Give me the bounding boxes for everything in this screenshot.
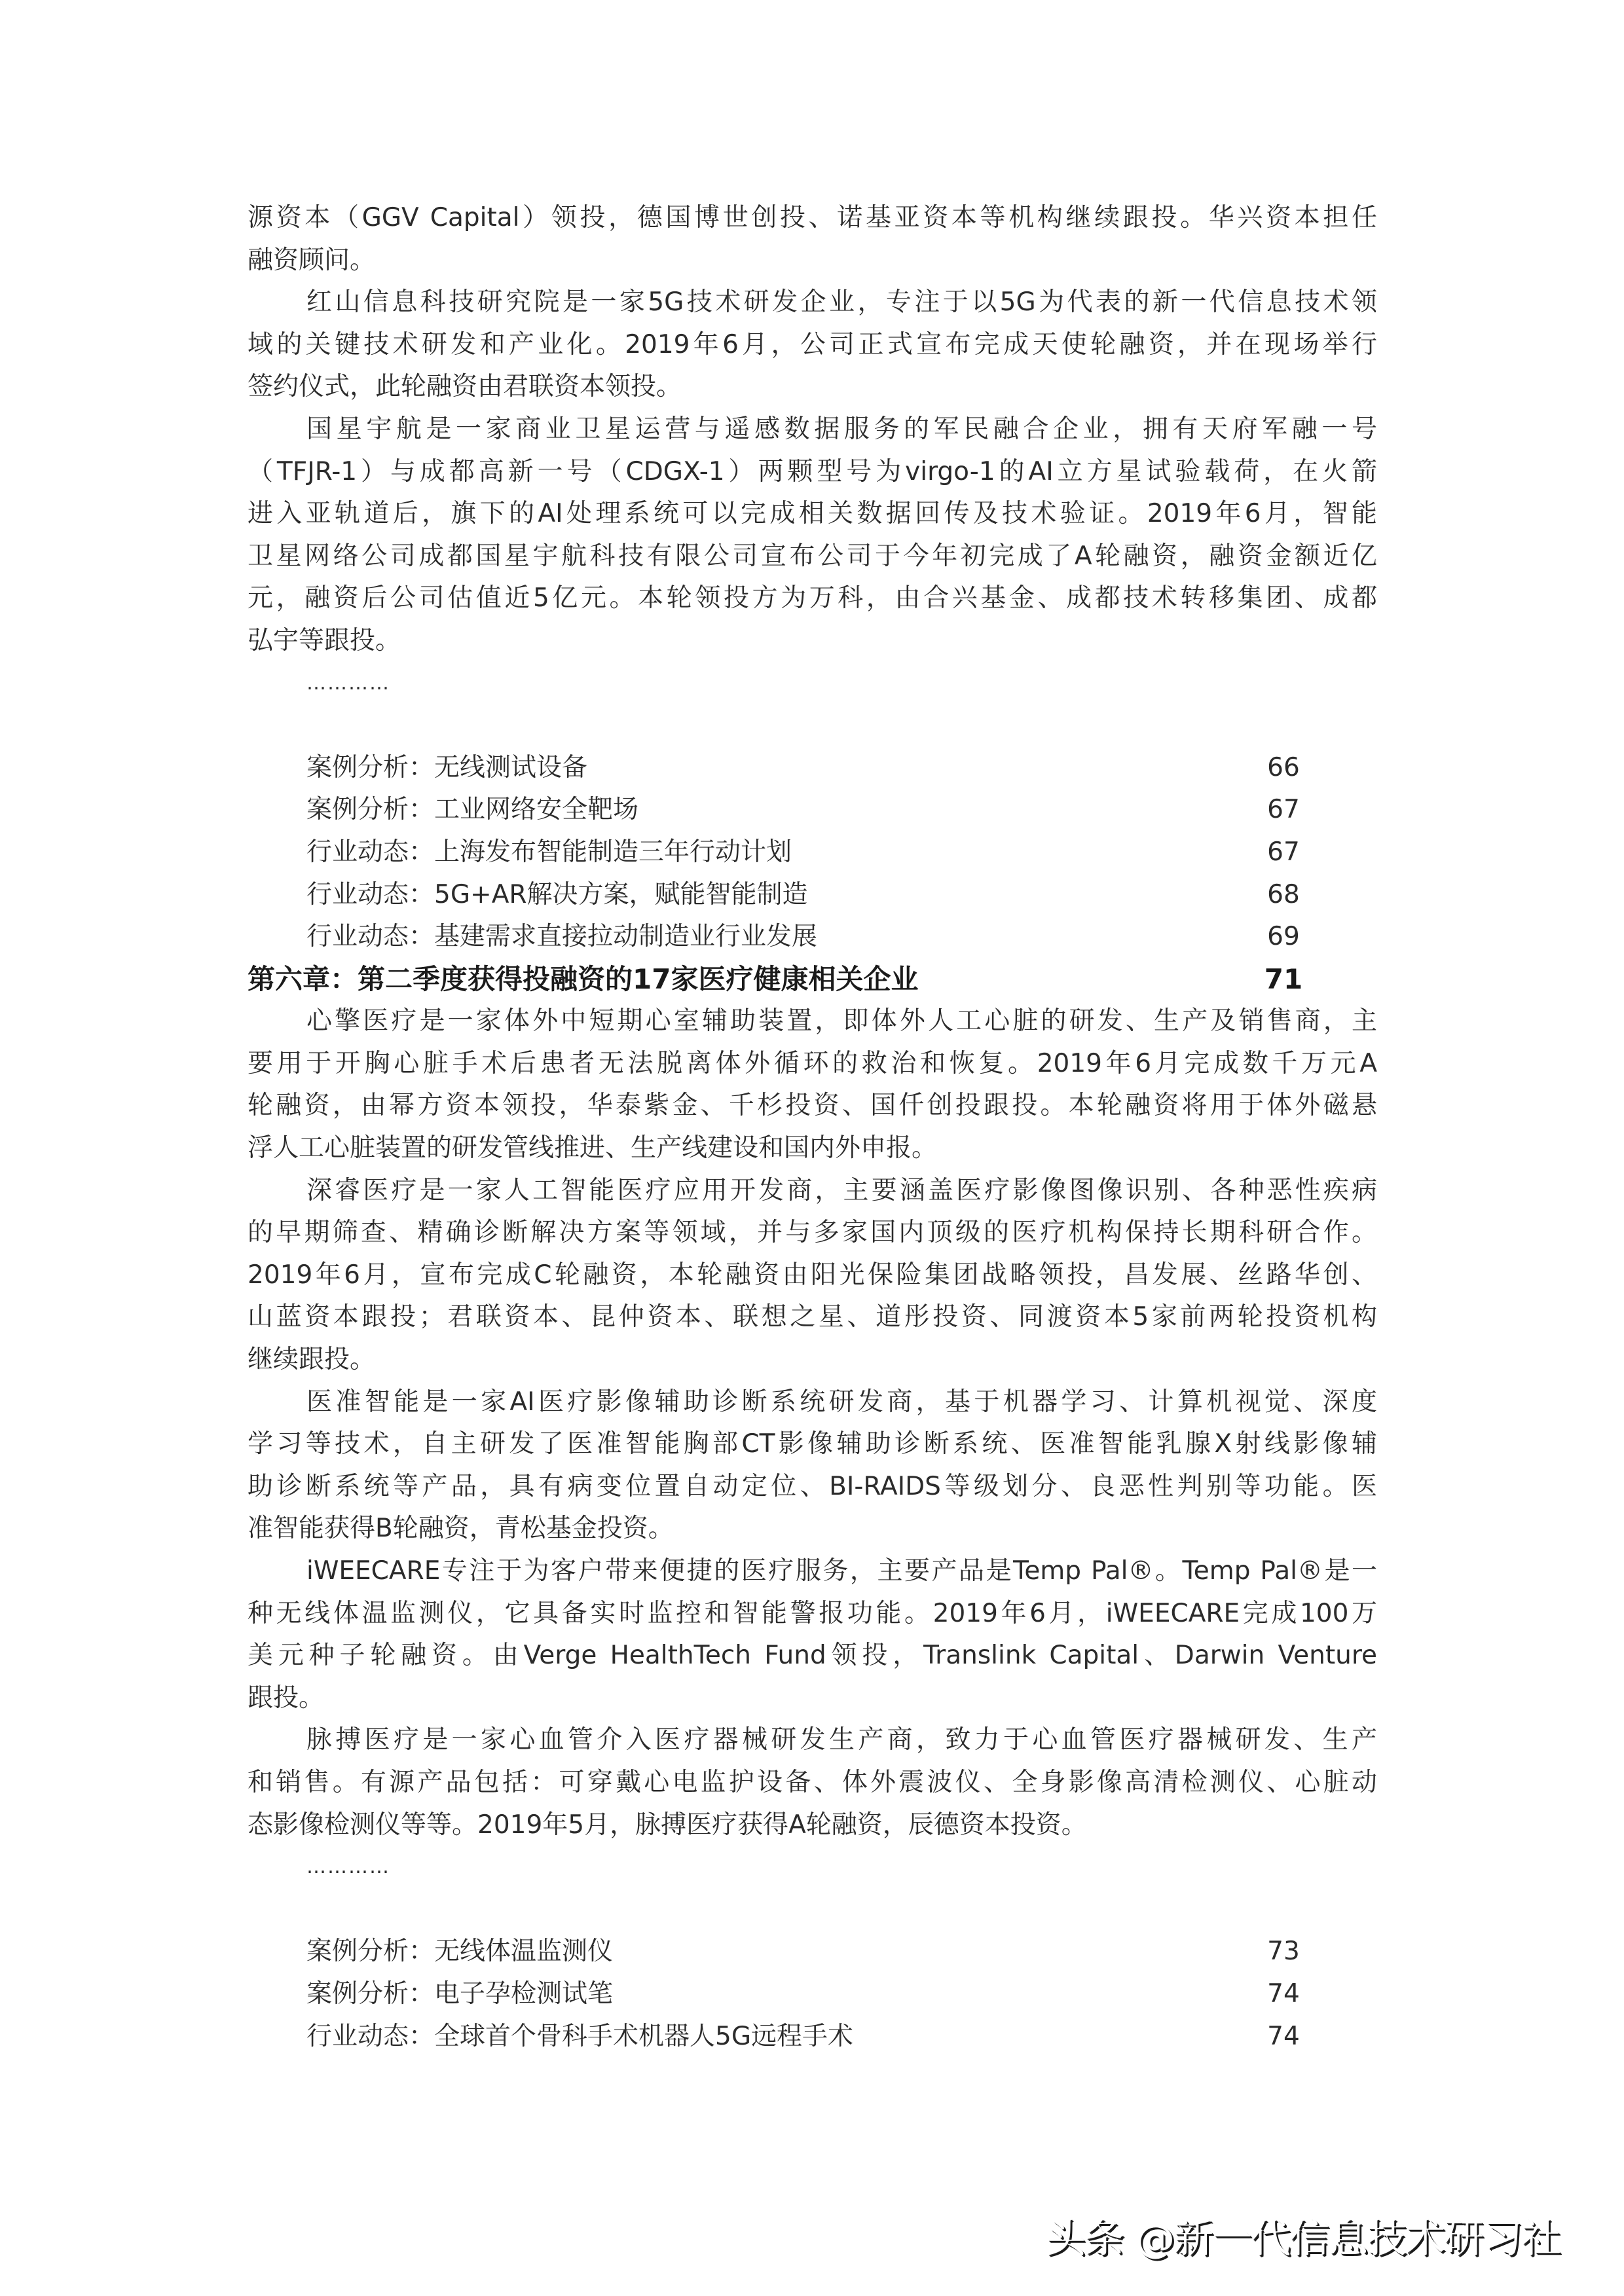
toc-entry[interactable]: 案例分析：无线体温监测仪 73: [248, 1931, 1377, 1973]
chapter-heading[interactable]: 第六章：第二季度获得投融资的17家医疗健康相关企业 71: [248, 958, 1377, 1001]
toc-page-number: 68: [1264, 874, 1303, 917]
text-line: 医准智能是一家AI医疗影像辅助诊断系统研发商，基于机器学习、计算机视觉、深度: [248, 1381, 1377, 1424]
toc-page-number: 67: [1264, 831, 1303, 874]
toc-entry[interactable]: 行业动态：5G+AR解决方案，赋能智能制造 68: [248, 874, 1377, 917]
toc-page-number: 73: [1264, 1931, 1303, 1973]
blank-line: [248, 704, 1377, 747]
text-line: 的早期筛查、精确诊断解决方案等领域，并与多家国内顶级的医疗机构保持长期科研合作。: [248, 1212, 1377, 1254]
toc-entry[interactable]: 案例分析：电子孕检测试笔 74: [248, 1973, 1377, 2016]
text-line: 继续跟投。: [248, 1339, 1377, 1381]
toc-entry-label: 行业动态：基建需求直接拉动制造业行业发展: [306, 922, 817, 951]
text-line: 山蓝资本跟投；君联资本、昆仲资本、联想之星、道彤投资、同渡资本5家前两轮投资机构: [248, 1296, 1377, 1339]
toc-entry-label: 案例分析：电子孕检测试笔: [306, 1979, 613, 2009]
toc-entry-label: 案例分析：无线体温监测仪: [306, 1937, 613, 1966]
paragraph-xinqing: 心擎医疗是一家体外中短期心室辅助装置，即体外人工心脏的研发、生产及销售商，主 要…: [248, 1000, 1377, 1169]
text-line: 融资顾问。: [248, 240, 1377, 282]
text-line: 国星宇航是一家商业卫星运营与遥感数据服务的军民融合企业，拥有天府军融一号: [248, 409, 1377, 451]
toc-page-number: 74: [1264, 1973, 1303, 2016]
text-line: 美元种子轮融资。由Verge HealthTech Fund领投，Transli…: [248, 1635, 1377, 1677]
paragraph-maibo: 脉搏医疗是一家心血管介入医疗器械研发生产商，致力于心血管医疗器械研发、生产 和销…: [248, 1719, 1377, 1846]
text-line: 脉搏医疗是一家心血管介入医疗器械研发生产商，致力于心血管医疗器械研发、生产: [248, 1719, 1377, 1762]
text-line: 态影像检测仪等等。2019年5月，脉搏医疗获得A轮融资，辰德资本投资。: [248, 1804, 1377, 1847]
text-line: 准智能获得B轮融资，青松基金投资。: [248, 1508, 1377, 1550]
text-line: （TFJR-1）与成都高新一号（CDGX-1）两颗型号为virgo-1的AI立方…: [248, 451, 1377, 494]
text-line: 2019年6月，宣布完成C轮融资，本轮融资由阳光保险集团战略领投，昌发展、丝路华…: [248, 1254, 1377, 1297]
text-line: 种无线体温监测仪，它具备实时监控和智能警报功能。2019年6月，iWEECARE…: [248, 1593, 1377, 1635]
text-line: 跟投。: [248, 1677, 1377, 1720]
chapter-page-number: 71: [1264, 958, 1303, 1001]
paragraph-yizhun: 医准智能是一家AI医疗影像辅助诊断系统研发商，基于机器学习、计算机视觉、深度 学…: [248, 1381, 1377, 1550]
text-line: iWEECARE专注于为客户带来便捷的医疗服务，主要产品是Temp Pal®。T…: [248, 1550, 1377, 1593]
text-line: 元，融资后公司估值近5亿元。本轮领投方为万科，由合兴基金、成都技术转移集团、成都: [248, 577, 1377, 620]
text-line: 和销售。有源产品包括：可穿戴心电监护设备、体外震波仪、全身影像高清检测仪、心脏动: [248, 1762, 1377, 1804]
toc-page-number: 66: [1264, 747, 1303, 790]
document-page: 源资本（GGV Capital）领投，德国博世创投、诺基亚资本等机构继续跟投。华…: [248, 197, 1377, 2058]
paragraph-ggv-continuation: 源资本（GGV Capital）领投，德国博世创投、诺基亚资本等机构继续跟投。华…: [248, 197, 1377, 282]
ellipsis: …………: [248, 1846, 1377, 1889]
paragraph-shenrui: 深睿医疗是一家人工智能医疗应用开发商，主要涵盖医疗影像图像识别、各种恶性疾病 的…: [248, 1170, 1377, 1381]
text-line: 红山信息科技研究院是一家5G技术研发企业，专注于以5G为代表的新一代信息技术领: [248, 282, 1377, 324]
text-line: 源资本（GGV Capital）领投，德国博世创投、诺基亚资本等机构继续跟投。华…: [248, 197, 1377, 240]
toc-page-number: 69: [1264, 916, 1303, 958]
text-line: 弘宇等跟投。: [248, 620, 1377, 663]
text-line: 卫星网络公司成都国星宇航科技有限公司宣布公司于今年初完成了A轮融资，融资金额近亿: [248, 536, 1377, 578]
blank-line: [248, 1889, 1377, 1931]
paragraph-hongshan: 红山信息科技研究院是一家5G技术研发企业，专注于以5G为代表的新一代信息技术领 …: [248, 282, 1377, 409]
toc-entry-label: 案例分析：工业网络安全靶场: [306, 795, 638, 824]
toc-page-number: 74: [1264, 2016, 1303, 2058]
ellipsis: …………: [248, 663, 1377, 705]
text-line: 域的关键技术研发和产业化。2019年6月，公司正式宣布完成天使轮融资，并在现场举…: [248, 324, 1377, 367]
toc-section-2: 案例分析：无线体温监测仪 73 案例分析：电子孕检测试笔 74 行业动态：全球首…: [248, 1931, 1377, 2058]
text-line: 要用于开胸心脏手术后患者无法脱离体外循环的救治和恢复。2019年6月完成数千万元…: [248, 1043, 1377, 1085]
toc-section-1: 案例分析：无线测试设备 66 案例分析：工业网络安全靶场 67 行业动态：上海发…: [248, 747, 1377, 958]
text-line: 助诊断系统等产品，具有病变位置自动定位、BI-RAIDS等级划分、良恶性判别等功…: [248, 1466, 1377, 1508]
chapter-title: 第六章：第二季度获得投融资的17家医疗健康相关企业: [248, 963, 918, 995]
toc-entry[interactable]: 案例分析：无线测试设备 66: [248, 747, 1377, 790]
paragraph-iweecare: iWEECARE专注于为客户带来便捷的医疗服务，主要产品是Temp Pal®。T…: [248, 1550, 1377, 1719]
watermark: 头条 @新一代信息技术研习社: [1046, 2218, 1560, 2260]
text-line: 进入亚轨道后，旗下的AI处理系统可以完成相关数据回传及技术验证。2019年6月，…: [248, 493, 1377, 536]
toc-entry[interactable]: 行业动态：基建需求直接拉动制造业行业发展 69: [248, 916, 1377, 958]
text-line: 签约仪式，此轮融资由君联资本领投。: [248, 366, 1377, 409]
toc-entry-label: 行业动态：全球首个骨科手术机器人5G远程手术: [306, 2022, 853, 2051]
text-line: 深睿医疗是一家人工智能医疗应用开发商，主要涵盖医疗影像图像识别、各种恶性疾病: [248, 1170, 1377, 1212]
toc-entry-label: 案例分析：无线测试设备: [306, 753, 587, 782]
toc-entry-label: 行业动态：上海发布智能制造三年行动计划: [306, 837, 792, 867]
text-line: 轮融资，由幂方资本领投，华泰紫金、千杉投资、国仟创投跟投。本轮融资将用于体外磁悬: [248, 1085, 1377, 1127]
paragraph-guoxing: 国星宇航是一家商业卫星运营与遥感数据服务的军民融合企业，拥有天府军融一号 （TF…: [248, 409, 1377, 663]
toc-page-number: 67: [1264, 789, 1303, 831]
toc-entry[interactable]: 行业动态：上海发布智能制造三年行动计划 67: [248, 831, 1377, 874]
toc-entry-label: 行业动态：5G+AR解决方案，赋能智能制造: [306, 880, 808, 909]
toc-entry[interactable]: 案例分析：工业网络安全靶场 67: [248, 789, 1377, 831]
text-line: 心擎医疗是一家体外中短期心室辅助装置，即体外人工心脏的研发、生产及销售商，主: [248, 1000, 1377, 1043]
toc-entry[interactable]: 行业动态：全球首个骨科手术机器人5G远程手术 74: [248, 2016, 1377, 2058]
text-line: 浮人工心脏装置的研发管线推进、生产线建设和国内外申报。: [248, 1127, 1377, 1170]
text-line: 学习等技术，自主研发了医准智能胸部CT影像辅助诊断系统、医准智能乳腺X射线影像辅: [248, 1423, 1377, 1466]
